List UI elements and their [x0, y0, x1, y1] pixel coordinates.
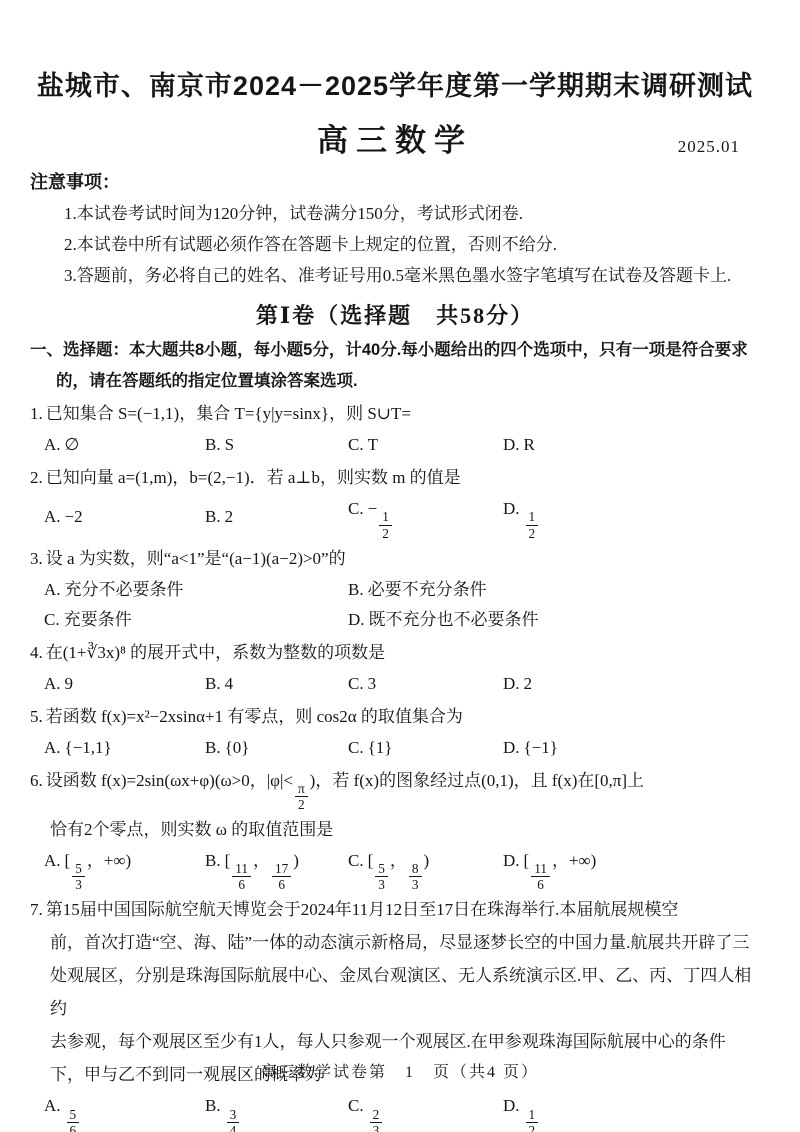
question-number: 2. [30, 468, 43, 487]
option-text: 34 [225, 1096, 242, 1115]
question-1-stem: 1.已知集合 S=(−1,1)，集合 T={y|y=sinx}，则 S∪T= [30, 397, 760, 430]
question-5-option-a: A.{−1,1} [44, 733, 205, 763]
exam-date: 2025.01 [678, 137, 740, 157]
question-5-option-c: C.{1} [348, 733, 503, 763]
option-text: S [225, 435, 234, 454]
question-3-option-b: B.必要不充分条件 [348, 575, 760, 605]
question-number: 3. [30, 549, 43, 568]
question-7-stem-line-3: 处观展区，分别是珠海国际航展中心、金凤台观演区、无人系统演示区.甲、乙、丙、丁四… [30, 959, 760, 1025]
question-number: 5. [30, 707, 43, 726]
page-title: 盐城市、南京市2024－2025学年度第一学期期末调研测试 [30, 64, 760, 103]
option-text: [53，83) [368, 851, 430, 870]
question-number: 1. [30, 404, 43, 423]
option-label: C. [44, 610, 60, 629]
question-1-option-b: B.S [205, 430, 348, 460]
question-number: 7. [30, 900, 43, 919]
notice-item-2: 2.本试卷中所有试题必须作答在答题卡上规定的位置，否则不给分. [64, 229, 760, 260]
option-text: −2 [65, 507, 83, 526]
option-text: 充要条件 [64, 610, 132, 629]
option-text: {−1} [524, 738, 558, 757]
option-text: 必要不充分条件 [368, 580, 487, 599]
question-4-option-a: A.9 [44, 669, 205, 699]
question-text: 去参观，每个观展区至少有1人，每人只参观一个观展区.在甲参观珠海国际航展中心的条… [50, 1032, 726, 1051]
question-2-stem: 2.已知向量 a=(1,m)，b=(2,−1)．若 a⊥b，则实数 m 的值是 [30, 461, 760, 494]
option-text: 充分不必要条件 [65, 580, 184, 599]
question-7-option-d: D.12 [503, 1091, 760, 1132]
question-3-option-d: D.既不充分也不必要条件 [348, 605, 760, 635]
option-label: D. [503, 851, 520, 870]
option-label: D. [503, 499, 520, 518]
option-label: C. [348, 851, 364, 870]
option-text: 既不充分也不必要条件 [369, 610, 539, 629]
question-text: 前，首次打造“空、海、陆”一体的动态演示新格局，尽显逐梦长空的中国力量.航展共开… [50, 933, 749, 952]
option-label: C. [348, 738, 364, 757]
question-text: 已知向量 a=(1,m)，b=(2,−1)．若 a⊥b，则实数 m 的值是 [46, 468, 461, 487]
question-7-stem-line-4: 去参观，每个观展区至少有1人，每人只参观一个观展区.在甲参观珠海国际航展中心的条… [30, 1025, 760, 1058]
option-label: A. [44, 1096, 61, 1115]
option-text: 12 [524, 1096, 541, 1115]
question-text: 在(1+∛3x)⁸ 的展开式中，系数为整数的项数是 [46, 643, 385, 662]
question-text: 恰有2个零点，则实数 ω 的取值范围是 [50, 820, 333, 839]
question-7-stem: 7.第15届中国国际航空航天博览会于2024年11月12日至17日在珠海举行.本… [30, 893, 760, 926]
question-6-option-d: D.[116，+∞) [503, 846, 760, 893]
question-text: 若函数 f(x)=x²−2xsinα+1 有零点，则 cos2α 的取值集合为 [46, 707, 463, 726]
exam-subject: 高三数学 [317, 123, 473, 158]
question-3: 3.设 a 为实数，则“a<1”是“(a−1)(a−2)>0”的 A.充分不必要… [30, 542, 760, 635]
notice-item-1: 1.本试卷考试时间为120分钟，试卷满分150分，考试形式闭卷. [64, 198, 760, 229]
option-text: 3 [368, 674, 377, 693]
question-1-option-c: C.T [348, 430, 503, 460]
question-6-option-b: B.[116，176) [205, 846, 348, 893]
question-7-option-c: C.23 [348, 1091, 503, 1132]
exam-paper-page: 盐城市、南京市2024－2025学年度第一学期期末调研测试 高三数学 2025.… [0, 0, 800, 1132]
option-text: 4 [225, 674, 234, 693]
option-label: D. [503, 674, 520, 693]
question-5-option-b: B.{0} [205, 733, 348, 763]
question-2-options: A.−2 B.2 C.−12 D.12 [44, 494, 760, 541]
option-label: B. [205, 435, 221, 454]
question-5-option-d: D.{−1} [503, 733, 760, 763]
option-text: 2 [225, 507, 234, 526]
option-text: ∅ [65, 435, 80, 454]
option-label: C. [348, 499, 364, 518]
question-6-stem: 6.设函数 f(x)=2sin(ωx+φ)(ω>0，|φ|<π2)，若 f(x)… [30, 764, 760, 813]
question-1-options: A.∅ B.S C.T D.R [44, 430, 760, 460]
option-label: B. [348, 580, 364, 599]
option-label: C. [348, 674, 364, 693]
option-label: A. [44, 507, 61, 526]
question-6-stem-line-2: 恰有2个零点，则实数 ω 的取值范围是 [30, 813, 760, 846]
section-title: 第Ⅰ卷（选择题 共58分） [30, 299, 760, 330]
option-text: {−1,1} [65, 738, 112, 757]
option-label: B. [205, 738, 221, 757]
question-6: 6.设函数 f(x)=2sin(ωx+φ)(ω>0，|φ|<π2)，若 f(x)… [30, 764, 760, 893]
option-text: [116，176) [225, 851, 299, 870]
section-intro-line-1: 一、选择题：本大题共8小题，每小题5分，计40分.每小题给出的四个选项中，只有一… [30, 335, 760, 366]
option-text: {0} [225, 738, 250, 757]
question-3-stem: 3.设 a 为实数，则“a<1”是“(a−1)(a−2)>0”的 [30, 542, 760, 575]
option-text: {1} [368, 738, 393, 757]
question-text: 设 a 为实数，则“a<1”是“(a−1)(a−2)>0”的 [46, 549, 346, 568]
question-2-option-d: D.12 [503, 494, 760, 541]
question-2-option-c: C.−12 [348, 494, 503, 541]
option-label: A. [44, 738, 61, 757]
question-6-options: A.[53，+∞) B.[116，176) C.[53，83) D.[116，+… [44, 846, 760, 893]
question-5-options: A.{−1,1} B.{0} C.{1} D.{−1} [44, 733, 760, 763]
question-number: 6. [30, 771, 43, 790]
question-6-option-c: C.[53，83) [348, 846, 503, 893]
question-4: 4.在(1+∛3x)⁸ 的展开式中，系数为整数的项数是 A.9 B.4 C.3 … [30, 636, 760, 699]
question-7-stem-line-2: 前，首次打造“空、海、陆”一体的动态演示新格局，尽显逐梦长空的中国力量.航展共开… [30, 926, 760, 959]
option-label: B. [205, 507, 221, 526]
question-3-options: A.充分不必要条件 B.必要不充分条件 C.充要条件 D.既不充分也不必要条件 [44, 575, 760, 635]
question-5: 5.若函数 f(x)=x²−2xsinα+1 有零点，则 cos2α 的取值集合… [30, 700, 760, 763]
question-4-option-c: C.3 [348, 669, 503, 699]
question-3-option-c: C.充要条件 [44, 605, 348, 635]
page-footer: 高三数学试卷第 1 页（共4 页） [0, 1059, 800, 1082]
option-text: [116，+∞) [524, 851, 597, 870]
question-7-option-b: B.34 [205, 1091, 348, 1132]
question-4-options: A.9 B.4 C.3 D.2 [44, 669, 760, 699]
option-text: 23 [368, 1096, 385, 1115]
option-text: R [524, 435, 535, 454]
option-text: −12 [368, 499, 394, 518]
question-7-options: A.56 B.34 C.23 D.12 [44, 1091, 760, 1132]
question-2-option-b: B.2 [205, 502, 348, 532]
question-text: 设函数 f(x)=2sin(ωx+φ)(ω>0，|φ|<π2)，若 f(x)的图… [46, 771, 644, 790]
question-2-option-a: A.−2 [44, 502, 205, 532]
section-intro: 一、选择题：本大题共8小题，每小题5分，计40分.每小题给出的四个选项中，只有一… [30, 335, 760, 397]
question-4-option-b: B.4 [205, 669, 348, 699]
question-2: 2.已知向量 a=(1,m)，b=(2,−1)．若 a⊥b，则实数 m 的值是 … [30, 461, 760, 541]
notice-item-3: 3.答题前，务必将自己的姓名、准考证号用0.5毫米黑色墨水签字笔填写在试卷及答题… [64, 260, 760, 291]
option-label: B. [205, 674, 221, 693]
question-1-option-a: A.∅ [44, 430, 205, 460]
question-text: 第15届中国国际航空航天博览会于2024年11月12日至17日在珠海举行.本届航… [46, 900, 679, 919]
question-4-stem: 4.在(1+∛3x)⁸ 的展开式中，系数为整数的项数是 [30, 636, 760, 669]
question-4-option-d: D.2 [503, 669, 760, 699]
question-number: 4. [30, 643, 43, 662]
option-label: A. [44, 580, 61, 599]
question-1-option-d: D.R [503, 430, 760, 460]
notice-heading: 注意事项： [30, 168, 760, 194]
section-intro-line-2: 的，请在答题纸的指定位置填涂答案选项. [30, 366, 760, 397]
question-5-stem: 5.若函数 f(x)=x²−2xsinα+1 有零点，则 cos2α 的取值集合… [30, 700, 760, 733]
question-7: 7.第15届中国国际航空航天博览会于2024年11月12日至17日在珠海举行.本… [30, 893, 760, 1132]
option-label: D. [503, 738, 520, 757]
option-text: 12 [524, 499, 541, 518]
option-label: A. [44, 851, 61, 870]
option-label: A. [44, 435, 61, 454]
question-6-option-a: A.[53，+∞) [44, 846, 205, 893]
question-3-option-a: A.充分不必要条件 [44, 575, 348, 605]
option-text: 9 [65, 674, 74, 693]
option-text: 56 [65, 1096, 82, 1115]
option-label: B. [205, 851, 221, 870]
question-text: 处观展区，分别是珠海国际航展中心、金凤台观演区、无人系统演示区.甲、乙、丙、丁四… [50, 966, 751, 1018]
option-label: C. [348, 435, 364, 454]
option-label: A. [44, 674, 61, 693]
option-text: T [368, 435, 378, 454]
option-label: C. [348, 1096, 364, 1115]
question-7-option-a: A.56 [44, 1091, 205, 1132]
option-text: 2 [524, 674, 533, 693]
question-text: 已知集合 S=(−1,1)，集合 T={y|y=sinx}，则 S∪T= [46, 404, 411, 423]
option-label: B. [205, 1096, 221, 1115]
option-label: D. [503, 1096, 520, 1115]
question-1: 1.已知集合 S=(−1,1)，集合 T={y|y=sinx}，则 S∪T= A… [30, 397, 760, 460]
option-text: [53，+∞) [65, 851, 132, 870]
option-label: D. [348, 610, 365, 629]
option-label: D. [503, 435, 520, 454]
subject-row: 高三数学 2025.01 [30, 115, 760, 160]
